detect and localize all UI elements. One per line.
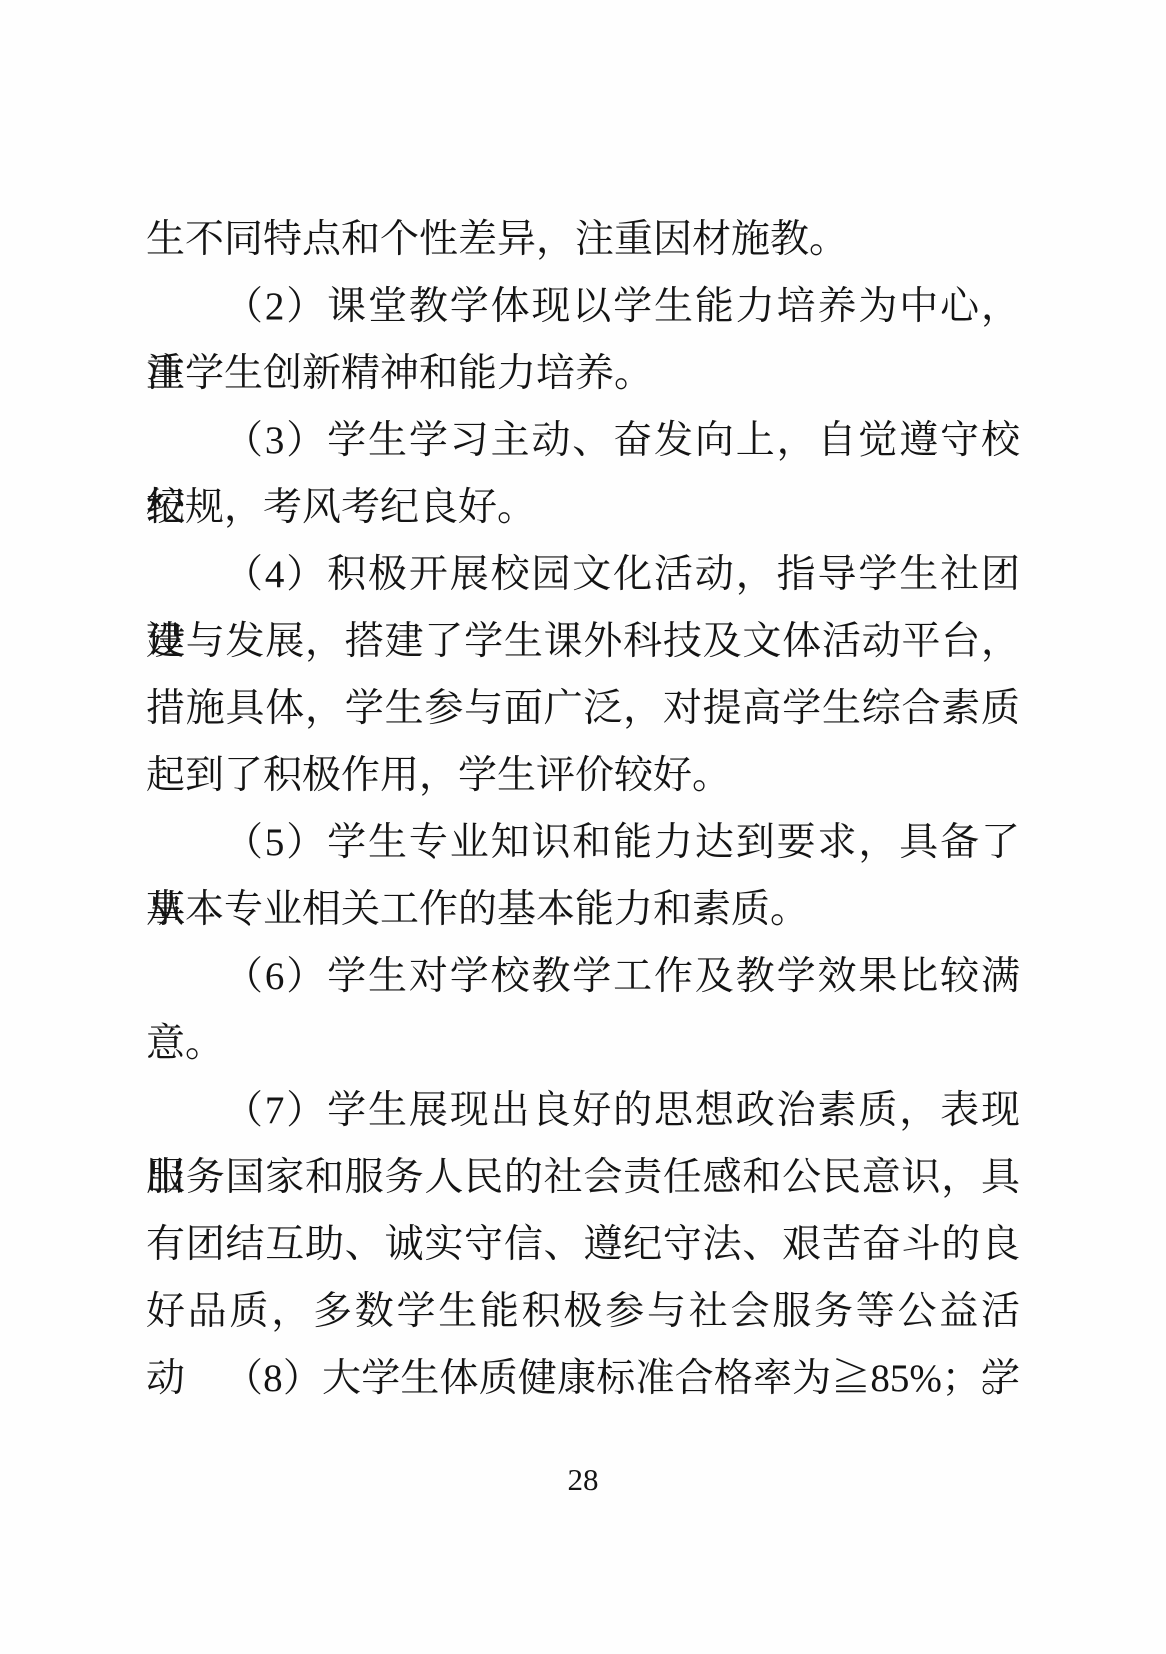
text-line: （6）学生对学校教学工作及教学效果比较满 (146, 943, 1020, 1010)
text-line: 重学生创新精神和能力培养。 (146, 340, 1020, 407)
text-line: 起到了积极作用，学生评价较好。 (146, 742, 1020, 809)
text-line: （8）大学生体质健康标准合格率为≧85%；学 (146, 1345, 1020, 1412)
text-line: 事本专业相关工作的基本能力和素质。 (146, 876, 1020, 943)
text-line: （3）学生学习主动、奋发向上，自觉遵守校纪 (146, 407, 1020, 474)
text-line: 措施具体，学生参与面广泛，对提高学生综合素质 (146, 675, 1020, 742)
text-line: 生不同特点和个性差异，注重因材施教。 (146, 206, 1020, 273)
document-page: 生不同特点和个性差异，注重因材施教。（2）课堂教学体现以学生能力培养为中心，注重… (0, 0, 1166, 1654)
text-line: 好品质，多数学生能积极参与社会服务等公益活动。 (146, 1278, 1020, 1345)
text-line: （2）课堂教学体现以学生能力培养为中心，注 (146, 273, 1020, 340)
text-line: 校规，考风考纪良好。 (146, 474, 1020, 541)
text-line: （7）学生展现出良好的思想政治素质，表现出 (146, 1077, 1020, 1144)
text-line: 设与发展，搭建了学生课外科技及文体活动平台， (146, 608, 1020, 675)
text-line: （5）学生专业知识和能力达到要求，具备了从 (146, 809, 1020, 876)
text-line: 意。 (146, 1010, 1020, 1077)
text-line: 服务国家和服务人民的社会责任感和公民意识，具 (146, 1144, 1020, 1211)
page-number: 28 (0, 1462, 1166, 1498)
text-block: 生不同特点和个性差异，注重因材施教。（2）课堂教学体现以学生能力培养为中心，注重… (146, 206, 1020, 1412)
text-line: 有团结互助、诚实守信、遵纪守法、艰苦奋斗的良 (146, 1211, 1020, 1278)
text-line: （4）积极开展校园文化活动，指导学生社团建 (146, 541, 1020, 608)
